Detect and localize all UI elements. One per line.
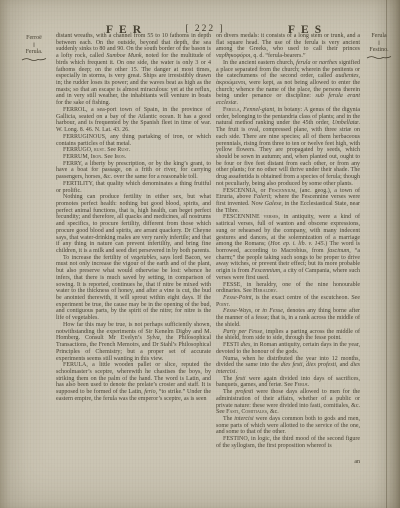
- paragraph: FERRUGINOUS, any thing partaking of iron…: [56, 134, 211, 147]
- margin-note-left-top: Ferroë: [26, 35, 42, 41]
- margin-note-left: Ferroë ‖ Ferula.: [16, 35, 52, 62]
- paragraph: FESSE, in heraldry, one of the nine hono…: [216, 282, 360, 295]
- paragraph: Party per Fesse, implies a parting acros…: [216, 329, 360, 342]
- paragraph: Ferula, Fennel-giant, in botany: A genus…: [216, 107, 360, 188]
- paragraph: FERRUM, Iron. See Iron.: [56, 154, 211, 161]
- margin-note-right-bottom: Festino.: [369, 47, 388, 53]
- paragraph: Fesse-Ways, or in Fesse, denotes any thi…: [216, 308, 360, 328]
- margin-note-right: Ferula ‖ Festino.: [361, 33, 397, 60]
- margin-note-left-bottom: Ferula.: [26, 49, 43, 55]
- paragraph: How far this may be true, is not perhaps…: [56, 322, 211, 362]
- paragraph: FESCENNINE verses, in antiquity, were a …: [216, 214, 360, 281]
- paragraph: FESCENNIA, or Fescennium, (anc. geog.), …: [216, 188, 360, 215]
- book-page: FER [ 222 ] FES Ferroë ‖ Ferula. Ferula …: [0, 0, 400, 508]
- paragraph: Numa, when he distributed the year into …: [216, 356, 360, 376]
- paragraph: FERTILITY, that quality which denominate…: [56, 181, 211, 194]
- paragraph: To increase the fertility of vegetables,…: [56, 255, 211, 322]
- catchword: an: [318, 459, 360, 465]
- paragraph: Fesse-Point, is the exact centre of the …: [216, 295, 360, 308]
- paragraph: The intercisi were days common both to g…: [216, 416, 360, 436]
- paragraph: Nothing can produce fertility in either …: [56, 194, 211, 254]
- margin-note-right-top: Ferula: [371, 33, 386, 39]
- paragraph: The profesti were those days allowed to …: [216, 389, 360, 416]
- left-column: distant wreaths, with a channel from 55 …: [56, 33, 211, 403]
- right-column: on divers medals: it consists of a long …: [216, 33, 360, 450]
- paragraph: FERRY, a liberty by prescription, or by …: [56, 161, 211, 181]
- paragraph: on divers medals: it consists of a long …: [216, 33, 360, 60]
- swash-rule: [366, 55, 392, 60]
- paragraph: FESTINO, in logic, the third mood of the…: [216, 436, 360, 449]
- paragraph: distant wreaths, with a channel from 55 …: [56, 33, 211, 107]
- swash-rule: [21, 57, 47, 62]
- paragraph: FESTI dies, in Roman antiquity, certain …: [216, 342, 360, 355]
- paragraph: FERRUGO, rust. See Rust.: [56, 147, 211, 154]
- paragraph: FERULA, a little wooden pallet or slice,…: [56, 362, 211, 402]
- paragraph: In the ancient eastern church, ferula or…: [216, 60, 360, 107]
- page-edge-line: [386, 0, 387, 508]
- paragraph: The festi were again divided into days o…: [216, 376, 360, 389]
- paragraph: FERROL, a sea-port town of Spain, in the…: [56, 107, 211, 134]
